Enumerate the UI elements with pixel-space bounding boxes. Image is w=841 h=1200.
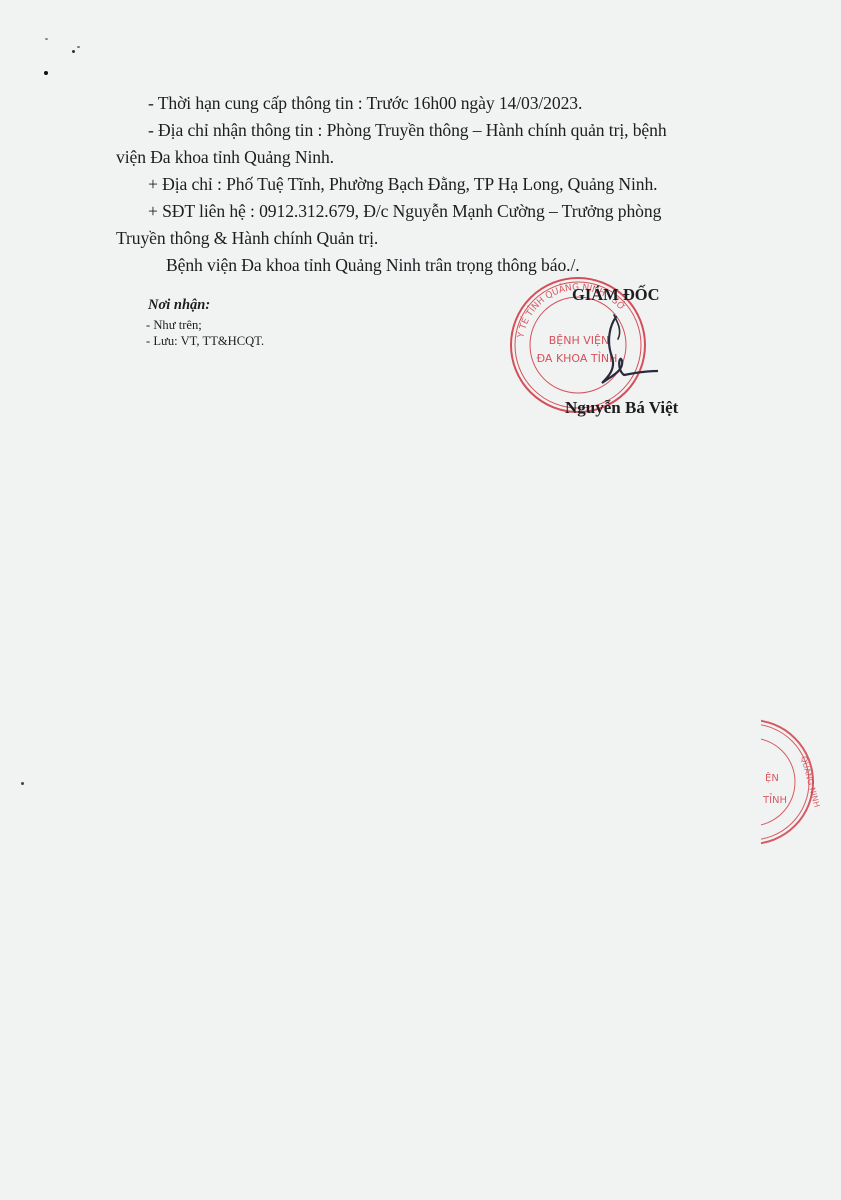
- scan-speck: [45, 38, 48, 40]
- svg-text:BỆNH VIỆN: BỆNH VIỆN: [549, 334, 609, 347]
- scan-speck: [72, 50, 75, 53]
- svg-text:TỈNH: TỈNH: [762, 792, 787, 806]
- scan-speck: [44, 71, 48, 75]
- scan-speck: [21, 782, 24, 785]
- body-line-phone-cont: Truyền thông & Hành chính Quản trị.: [116, 227, 378, 249]
- svg-text:QUẢNG NINH: QUẢNG NINH: [799, 755, 823, 809]
- recipients-title: Nơi nhận:: [148, 297, 210, 314]
- svg-text:ĐA KHOA TỈNH: ĐA KHOA TỈNH: [537, 351, 618, 365]
- recipient-item: - Lưu: VT, TT&HCQT.: [146, 334, 264, 349]
- signer-title: GIÁM ĐỐC: [572, 285, 660, 305]
- document-page: - Thời hạn cung cấp thông tin : Trước 16…: [0, 0, 841, 1200]
- partial-seal-stamp: ỆN TỈNH QUẢNG NINH: [761, 712, 841, 852]
- body-line-address: + Địa chỉ : Phố Tuệ Tĩnh, Phường Bạch Đằ…: [148, 173, 657, 195]
- svg-text:ỆN: ỆN: [765, 771, 779, 784]
- scan-speck: [77, 46, 80, 48]
- body-line-address-recipient-cont: viện Đa khoa tỉnh Quảng Ninh.: [116, 146, 334, 168]
- signature-scribble: [602, 317, 658, 383]
- recipient-item: - Như trên;: [146, 318, 202, 333]
- signer-name: Nguyễn Bá Việt: [565, 398, 678, 418]
- body-line-deadline: - Thời hạn cung cấp thông tin : Trước 16…: [148, 92, 582, 114]
- body-line-phone: + SĐT liên hệ : 0912.312.679, Đ/c Nguyễn…: [148, 200, 661, 222]
- body-line-address-recipient: - Địa chỉ nhận thông tin : Phòng Truyền …: [148, 119, 667, 141]
